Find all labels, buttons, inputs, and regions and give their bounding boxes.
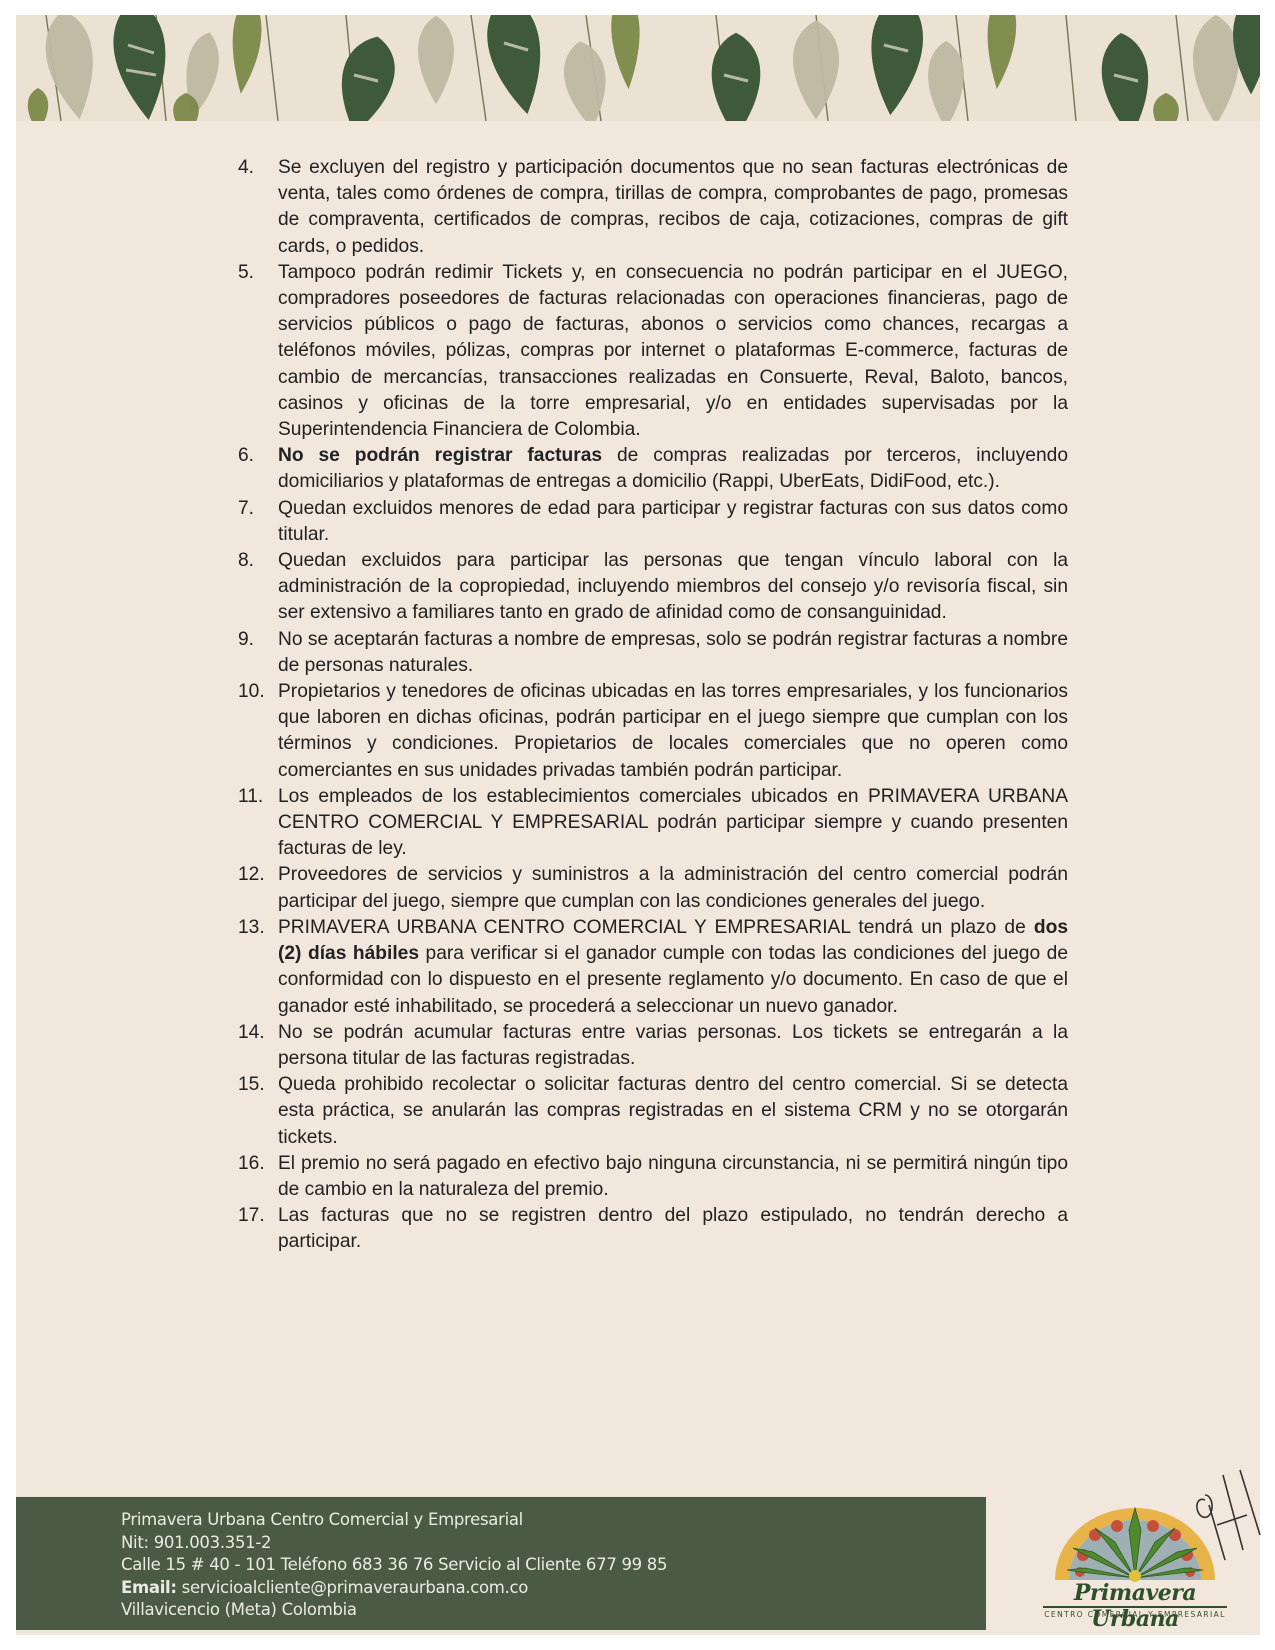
item-text: No se aceptarán facturas a nombre de emp… bbox=[278, 629, 1068, 676]
item-number: 8. bbox=[238, 548, 276, 574]
item-text-bold: No se podrán registrar facturas bbox=[278, 445, 602, 466]
item-number: 11. bbox=[238, 784, 276, 810]
item-text: Quedan excluidos menores de edad para pa… bbox=[278, 498, 1068, 545]
list-item: 12.Proveedores de servicios y suministro… bbox=[238, 862, 1068, 914]
logo-divider bbox=[1043, 1606, 1227, 1608]
item-text-segment: Tampoco podrán redimir Tickets y, en con… bbox=[278, 262, 1068, 440]
item-text-segment: Proveedores de servicios y suministros a… bbox=[278, 864, 1068, 911]
list-item: 14.No se podrán acumular facturas entre … bbox=[238, 1020, 1068, 1072]
list-item: 13.PRIMAVERA URBANA CENTRO COMERCIAL Y E… bbox=[238, 915, 1068, 1020]
item-text-segment: Quedan excluidos para participar las per… bbox=[278, 550, 1068, 623]
logo-subtitle: CENTRO COMERCIAL Y EMPRESARIAL bbox=[1035, 1610, 1235, 1619]
footer-nit: Nit: 901.003.351-2 bbox=[121, 1532, 667, 1555]
item-text: Quedan excluidos para participar las per… bbox=[278, 550, 1068, 623]
footer-email-line: Email: servicioalcliente@primaveraurbana… bbox=[121, 1577, 667, 1600]
list-item: 5.Tampoco podrán redimir Tickets y, en c… bbox=[238, 260, 1068, 443]
list-item: 7.Quedan excluidos menores de edad para … bbox=[238, 496, 1068, 548]
item-number: 13. bbox=[238, 915, 276, 941]
item-text: Propietarios y tenedores de oficinas ubi… bbox=[278, 681, 1068, 781]
item-text-segment: No se aceptarán facturas a nombre de emp… bbox=[278, 629, 1068, 676]
item-text-segment: Propietarios y tenedores de oficinas ubi… bbox=[278, 681, 1068, 781]
item-number: 4. bbox=[238, 155, 276, 181]
item-text: No se podrán acumular facturas entre var… bbox=[278, 1022, 1068, 1069]
item-text-segment: Se excluyen del registro y participación… bbox=[278, 157, 1068, 257]
item-number: 15. bbox=[238, 1072, 276, 1098]
list-item: 4.Se excluyen del registro y participaci… bbox=[238, 155, 1068, 260]
item-text: Los empleados de los establecimientos co… bbox=[278, 786, 1068, 859]
item-text-segment: Las facturas que no se registren dentro … bbox=[278, 1205, 1068, 1252]
item-text: No se podrán registrar facturas de compr… bbox=[278, 445, 1068, 492]
list-item: 8. Quedan excluidos para participar las … bbox=[238, 548, 1068, 627]
item-number: 9. bbox=[238, 627, 276, 653]
footer-address-phone: Calle 15 # 40 - 101 Teléfono 683 36 76 S… bbox=[121, 1554, 667, 1577]
item-text-segment: Queda prohibido recolectar o solicitar f… bbox=[278, 1074, 1068, 1147]
item-number: 6. bbox=[238, 443, 276, 469]
monstera-leaves-icon bbox=[16, 15, 1260, 121]
item-number: 7. bbox=[238, 496, 276, 522]
foliage-header-decoration bbox=[16, 15, 1260, 121]
item-text: Queda prohibido recolectar o solicitar f… bbox=[278, 1074, 1068, 1147]
list-item: 10.Propietarios y tenedores de oficinas … bbox=[238, 679, 1068, 784]
item-text: Proveedores de servicios y suministros a… bbox=[278, 864, 1068, 911]
item-number: 10. bbox=[238, 679, 276, 705]
item-number: 14. bbox=[238, 1020, 276, 1046]
footer-city: Villavicencio (Meta) Colombia bbox=[121, 1599, 667, 1622]
footer-company-name: Primavera Urbana Centro Comercial y Empr… bbox=[121, 1509, 667, 1532]
item-text-segment: Los empleados de los establecimientos co… bbox=[278, 786, 1068, 859]
item-text-segment: El premio no será pagado en efectivo baj… bbox=[278, 1153, 1068, 1200]
contact-footer: Primavera Urbana Centro Comercial y Empr… bbox=[16, 1497, 986, 1630]
list-item: 17.Las facturas que no se registren dent… bbox=[238, 1203, 1068, 1255]
handwritten-signature-icon bbox=[1185, 1465, 1265, 1575]
item-number: 17. bbox=[238, 1203, 276, 1229]
item-number: 12. bbox=[238, 862, 276, 888]
item-text-segment: PRIMAVERA URBANA CENTRO COMERCIAL Y EMPR… bbox=[278, 917, 1034, 938]
item-text-segment: No se podrán acumular facturas entre var… bbox=[278, 1022, 1068, 1069]
document-page: 4.Se excluyen del registro y participaci… bbox=[16, 15, 1260, 1635]
footer-email-label: Email: bbox=[121, 1578, 177, 1597]
footer-email-link[interactable]: servicioalcliente@primaveraurbana.com.co bbox=[177, 1578, 528, 1597]
item-number: 16. bbox=[238, 1151, 276, 1177]
list-item: 6.No se podrán registrar facturas de com… bbox=[238, 443, 1068, 495]
list-item: 16.El premio no será pagado en efectivo … bbox=[238, 1151, 1068, 1203]
item-text: PRIMAVERA URBANA CENTRO COMERCIAL Y EMPR… bbox=[278, 917, 1068, 1017]
item-text: El premio no será pagado en efectivo baj… bbox=[278, 1153, 1068, 1200]
list-item: 11.Los empleados de los establecimientos… bbox=[238, 784, 1068, 863]
item-text: Tampoco podrán redimir Tickets y, en con… bbox=[278, 262, 1068, 440]
item-text: Las facturas que no se registren dentro … bbox=[278, 1205, 1068, 1252]
list-item: 15.Queda prohibido recolectar o solicita… bbox=[238, 1072, 1068, 1151]
item-text-segment: Quedan excluidos menores de edad para pa… bbox=[278, 498, 1068, 545]
terms-list: 4.Se excluyen del registro y participaci… bbox=[238, 155, 1068, 1256]
item-text: Se excluyen del registro y participación… bbox=[278, 157, 1068, 257]
item-number: 5. bbox=[238, 260, 276, 286]
list-item: 9.No se aceptarán facturas a nombre de e… bbox=[238, 627, 1068, 679]
